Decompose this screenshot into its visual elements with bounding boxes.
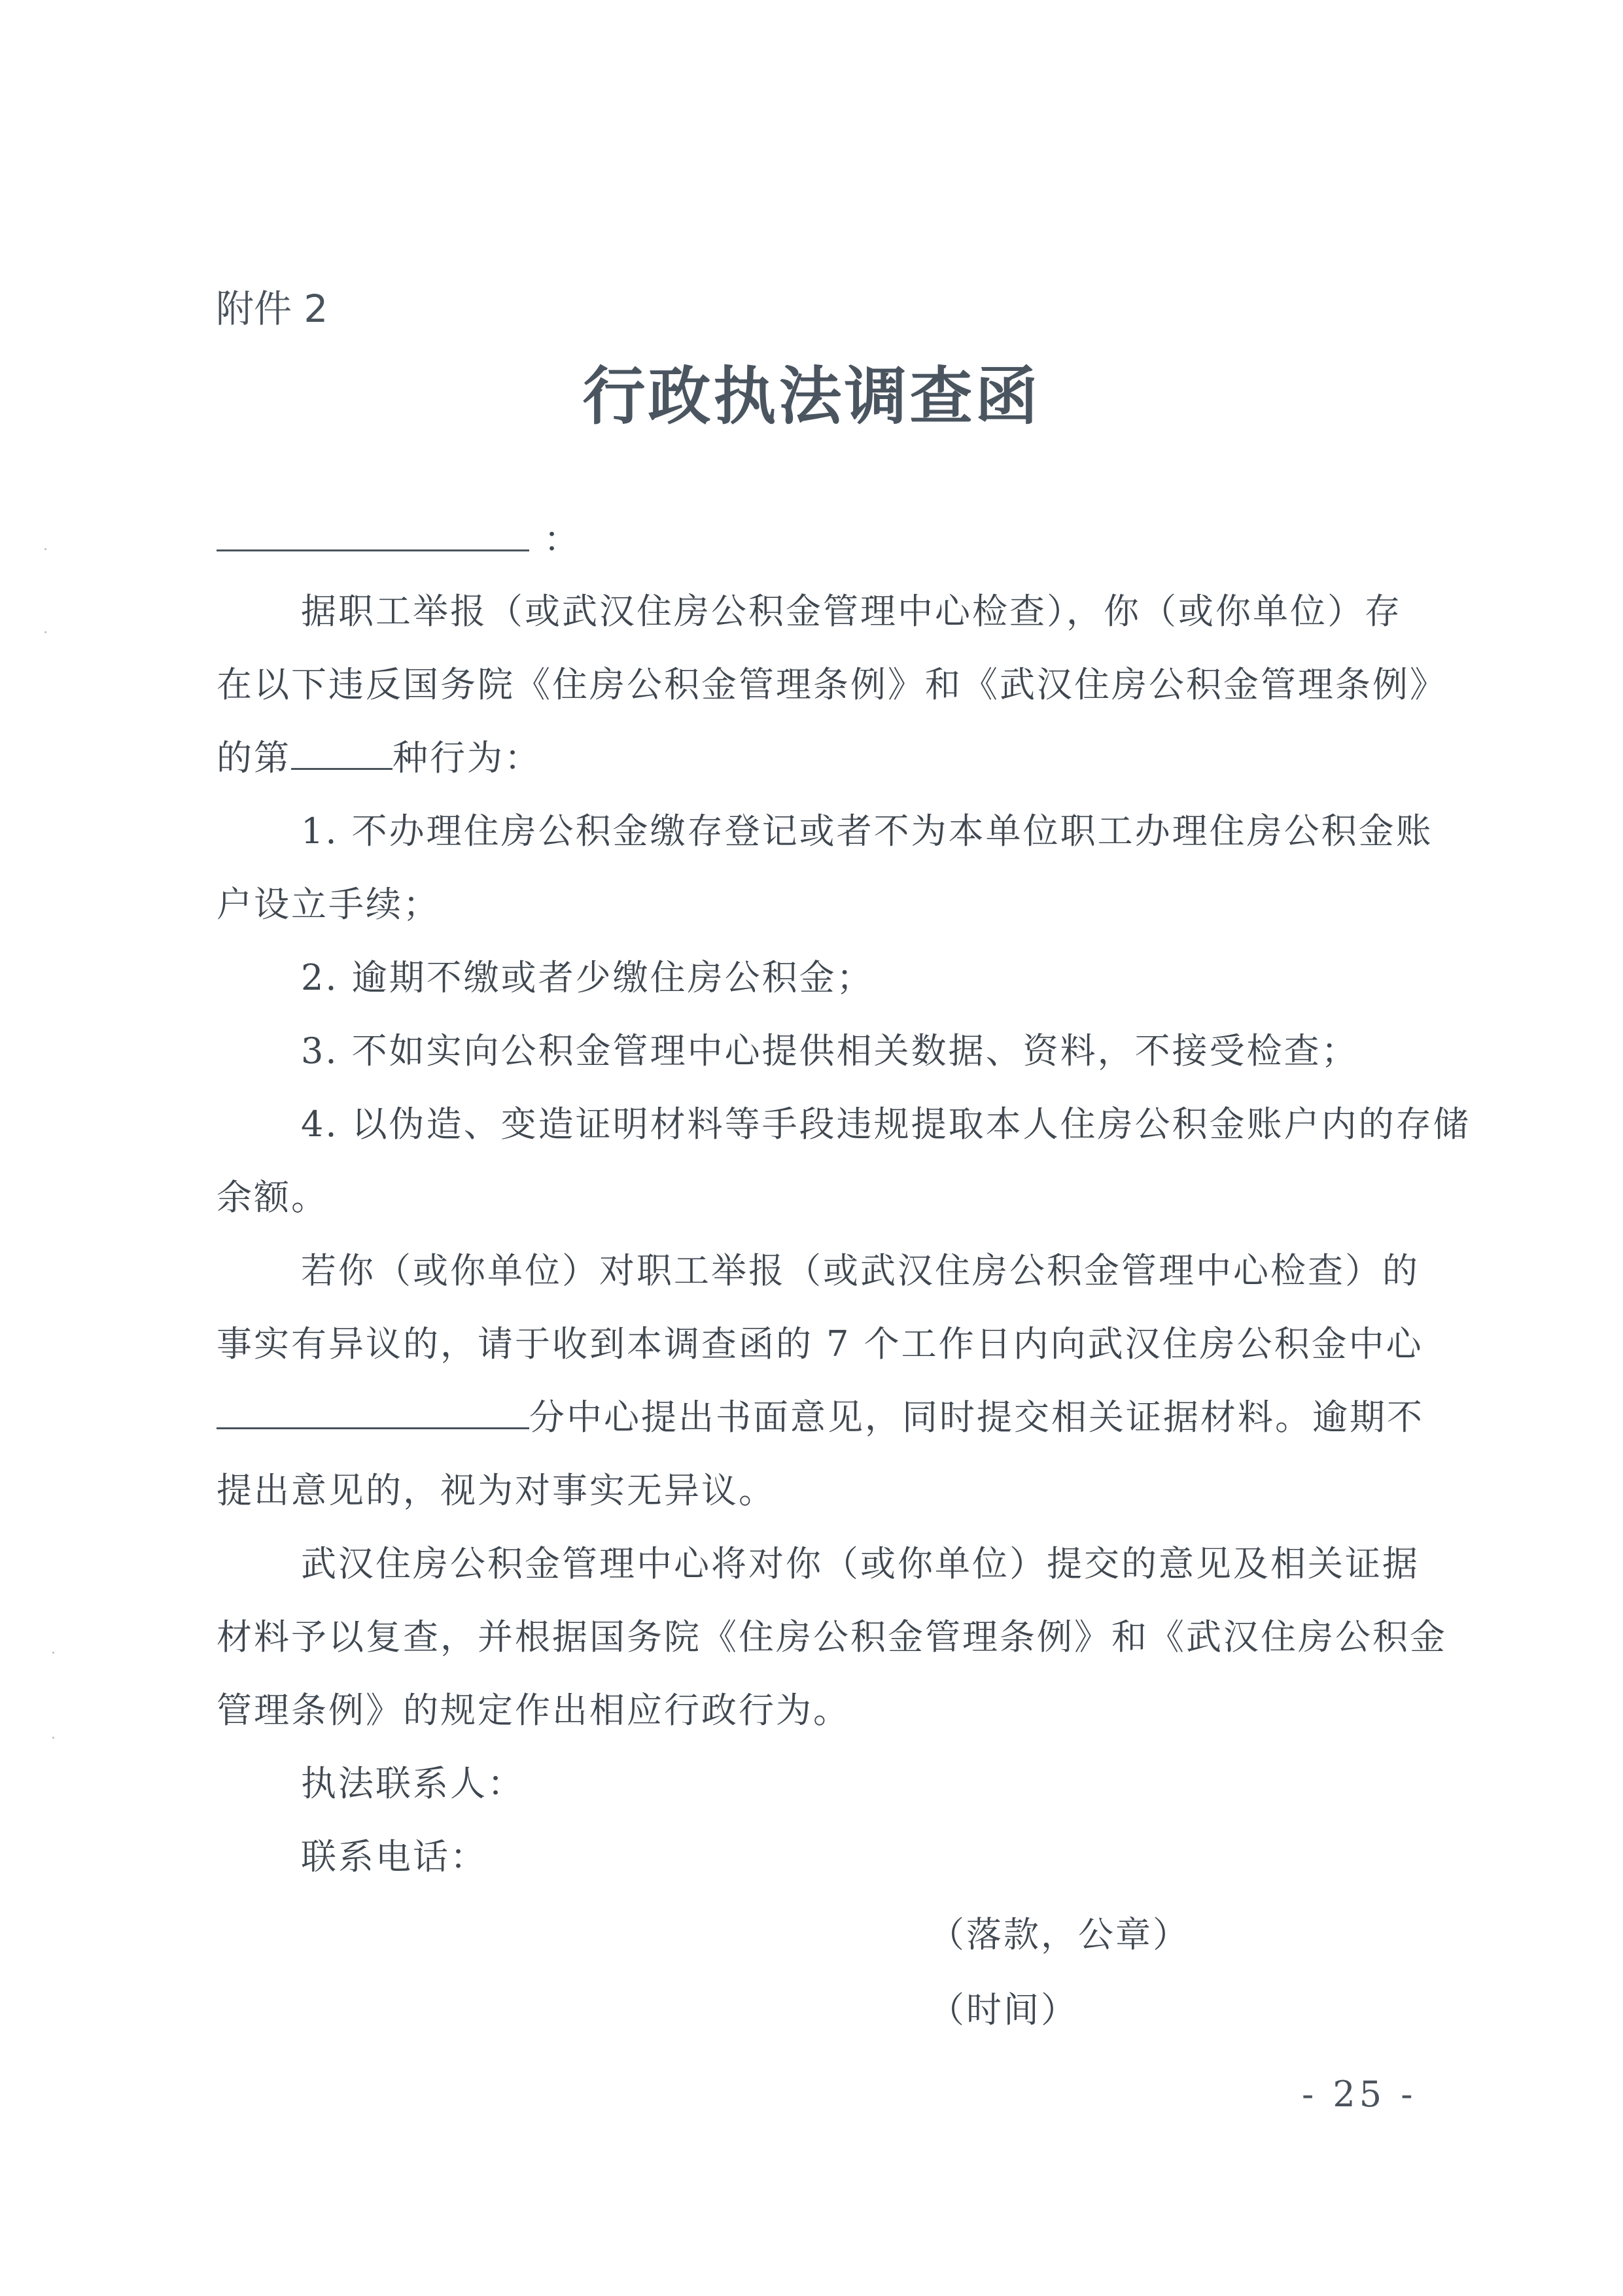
scan-speck: [52, 1737, 54, 1739]
recipient-blank[interactable]: [217, 546, 529, 551]
scan-speck: [44, 631, 46, 633]
contact-officer-label: 执法联系人：: [301, 1761, 525, 1807]
paragraph2-line3: 分中心提出书面意见，同时提交相关证据材料。逾期不: [217, 1395, 1424, 1440]
item-4-line2: 余额。: [217, 1175, 328, 1221]
salutation-colon: ：: [544, 519, 581, 560]
item-1-line1: 1. 不办理住房公积金缴存登记或者不为本单位职工办理住房公积金账: [301, 809, 1433, 854]
item-3: 3. 不如实向公积金管理中心提供相关数据、资料，不接受检查；: [301, 1028, 1359, 1074]
behavior-suffix: 种行为：: [393, 737, 542, 778]
paragraph2-line2: 事实有异议的，请于收到本调查函的 7 个工作日内向武汉住房公积金中心: [217, 1321, 1423, 1367]
paragraph3-line2: 材料予以复查，并根据国务院《住房公积金管理条例》和《武汉住房公积金: [217, 1614, 1447, 1660]
attachment-label: 附件 2: [216, 278, 328, 333]
page-number: - 25 -: [1302, 2074, 1417, 2115]
paragraph1-line2: 在以下违反国务院《住房公积金管理条例》和《武汉住房公积金管理条例》: [217, 662, 1447, 708]
item-4-line1: 4. 以伪造、变造证明材料等手段违规提取本人住房公积金账户内的存储: [301, 1102, 1471, 1147]
contact-phone-label: 联系电话：: [301, 1834, 487, 1880]
paragraph2-line1: 若你（或你单位）对职工举报（或武汉住房公积金管理中心检查）的: [301, 1248, 1420, 1294]
paragraph2-line3-text: 分中心提出书面意见，同时提交相关证据材料。逾期不: [529, 1397, 1424, 1438]
paragraph3-line3: 管理条例》的规定作出相应行政行为。: [217, 1688, 850, 1733]
paragraph1-line3: 的第种行为：: [217, 735, 542, 781]
salutation-line: ：: [217, 517, 581, 563]
scan-speck: [44, 548, 46, 550]
behavior-number-blank[interactable]: [291, 764, 393, 770]
signature-seal: （落款，公章）: [929, 1907, 1190, 1957]
subcenter-blank[interactable]: [217, 1423, 529, 1429]
item-2: 2. 逾期不缴或者少缴住房公积金；: [301, 955, 874, 1001]
paragraph3-line1: 武汉住房公积金管理中心将对你（或你单位）提交的意见及相关证据: [301, 1541, 1420, 1587]
behavior-prefix: 的第: [217, 737, 291, 778]
document-title: 行政执法调查函: [0, 347, 1623, 436]
scan-speck: [52, 1652, 54, 1654]
signature-date: （时间）: [929, 1982, 1078, 2032]
paragraph2-line4: 提出意见的，视为对事实无异议。: [217, 1468, 776, 1514]
item-1-line2: 户设立手续；: [217, 882, 440, 928]
paragraph1-line1: 据职工举报（或武汉住房公积金管理中心检查），你（或你单位）存: [301, 589, 1402, 635]
